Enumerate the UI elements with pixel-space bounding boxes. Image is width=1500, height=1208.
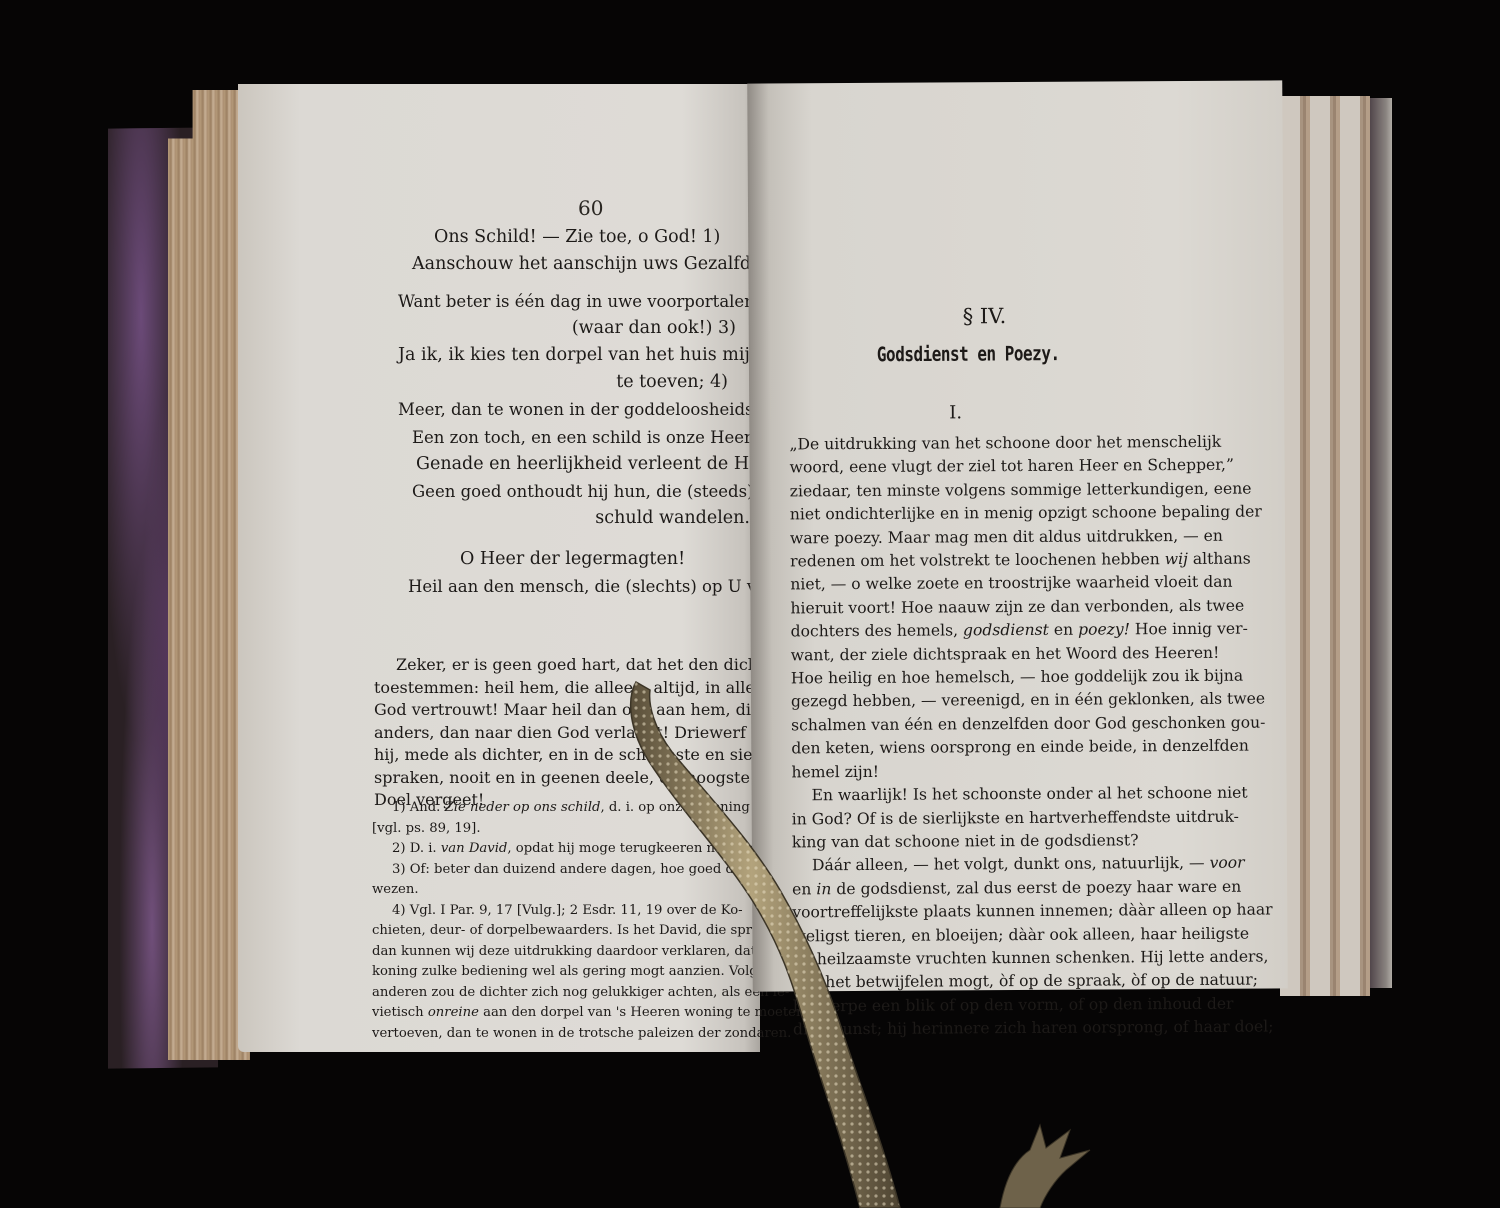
prose-line: En waarlijk! Is het schoonste onder al h… [792,782,1212,808]
prose-line: hemel zijn! [791,759,1211,785]
footnote-line: [vgl. ps. 89, 19]. [372,819,762,840]
prose-line: spraken, nooit en in geenen deele, dit h… [374,767,754,790]
page-number: 60 [578,196,603,220]
prose-line: God vertrouwt! Maar heil dan ook aan hem… [374,699,754,722]
footnote-line: chieten, deur- of dorpelbewaarders. Is h… [372,921,762,942]
verse-line: te toeven; 4) [398,369,758,396]
prose-line: ware poezy. Maar mag men dit aldus uitdr… [790,524,1210,550]
stanza-4: O Heer der legermagten! Heil aan den men… [408,546,758,600]
footnote-line: 1) And. Zie neder op ons schild, d. i. o… [372,798,762,819]
verse-line: Aanschouw het aanschijn uws Gezalfden! 2… [412,251,803,278]
prose-line: want, der ziele dichtspraak en het Woord… [791,641,1211,667]
footnote-line: 4) Vgl. I Par. 9, 17 [Vulg.]; 2 Esdr. 11… [372,901,762,922]
prose-line: Dáár alleen, — het volgt, dunkt ons, nat… [792,852,1212,878]
prose-line: en heilzaamste vruchten kunnen schenken.… [793,946,1213,972]
footnote-line: 2) D. i. van David, opdat hij moge terug… [372,839,762,860]
prose-line: in God? Of is de sierlijkste en hartverh… [792,805,1212,831]
verse-line: Een zon toch, en een schild is onze Heer… [412,424,762,451]
prose-line: anders, dan naar dien God verlangt! Drie… [374,722,754,745]
prose-line: toestemmen: heil hem, die alleen, altijd… [374,677,754,700]
prose-line: schalmen van één en denzelfden door God … [791,712,1211,738]
photo-scene: 60 Ons Schild! — Zie toe, o God! 1) Aans… [0,0,1500,1208]
prose-line: hieruit voort! Hoe naauw zijn ze dan ver… [790,595,1210,621]
footnotes: 1) And. Zie neder op ons schild, d. i. o… [372,798,762,1044]
prose-line: Zeker, er is geen goed hart, dat het den… [374,654,754,677]
prose-line: dochters des hemels, godsdienst en poezy… [791,618,1211,644]
verse-line: Heil aan den mensch, die (slechts) op U … [408,573,758,600]
verse-line: Genade en heerlijkheid verleent de Heer! [416,451,762,478]
prose-line: king van dat schoone niet in de godsdien… [792,829,1212,855]
prose-line: weligst tieren, en bloeijen; dààr ook al… [792,922,1212,948]
prose-line: gezegd hebben, — vereenigd, en in één ge… [791,688,1211,714]
prose-line: woord, eene vlugt der ziel tot haren Hee… [790,454,1210,480]
prose-line: Hoe heilig en hoe hemelsch, — hoe goddel… [791,665,1211,691]
verse-line: schuld wandelen. [412,505,762,532]
prose-line: den keten, wiens oorsprong en einde beid… [791,735,1211,761]
stanza-2: Want beter is één dag in uwe voorportale… [398,288,758,423]
footnote-line: koning zulke bediening wel als gering mo… [372,962,762,983]
right-prose: „De uitdrukking van het schoone door het… [789,431,1213,1042]
stanza-3: Een zon toch, en een schild is onze Heer… [412,424,762,532]
page-stack-right [1280,96,1370,996]
footnote-line: wezen. [372,880,762,901]
right-page: § IV. Godsdienst en Poezy. I. „De uitdru… [747,80,1288,991]
prose-line: „De uitdrukking van het schoone door het… [789,431,1209,457]
verse-line: O Heer der legermagten! [460,546,758,573]
prose-line: hij, mede als dichter, en in de schoonst… [374,744,754,767]
prose-line: en in de godsdienst, zal dus eerst de po… [792,876,1212,902]
footnote-line: anderen zou de dichter zich nog gelukkig… [372,983,762,1004]
prose-line: redenen om het volstrekt te loochenen he… [790,548,1210,574]
footnote-line: dan kunnen wij deze uitdrukking daardoor… [372,942,762,963]
footnote-line: vietisch onreine aan den dorpel van 's H… [372,1003,762,1024]
left-prose: Zeker, er is geen goed hart, dat het den… [374,654,754,812]
prose-line: wie het betwijfelen mogt, òf op de spraa… [793,969,1213,995]
footnote-line: vertoeven, dan te wonen in de trotsche p… [372,1024,762,1045]
verse-line: Geen goed onthoudt hij hun, die (steeds)… [412,478,762,505]
verse-line: (waar dan ook!) 3) [398,315,758,342]
subsection-numeral: I. [949,402,962,423]
prose-line: niet ondichterlijke en in menig opzigt s… [790,501,1210,527]
prose-line: ziedaar, ten minste volgens sommige lett… [790,478,1210,504]
left-page: 60 Ons Schild! — Zie toe, o God! 1) Aans… [238,84,760,1052]
verse-line: Meer, dan te wonen in der goddeloosheids… [398,396,758,423]
prose-line: hij werpe een blik of op den vorm, of op… [793,993,1213,1019]
footnote-line: 3) Of: beter dan duizend andere dagen, h… [372,860,762,881]
verse-line: Ja ik, ik kies ten dorpel van het huis m… [398,342,758,369]
prose-line: dichtkunst; hij herinnere zich haren oor… [793,1016,1213,1042]
prose-line: niet, — o welke zoete en troostrijke waa… [790,571,1210,597]
section-mark: § IV. [963,304,1007,328]
verse-line: Want beter is één dag in uwe voorportale… [398,288,758,315]
prose-line: voortreffelijkste plaats kunnen innemen;… [792,899,1212,925]
chapter-title: Godsdienst en Poezy. [877,341,1060,366]
